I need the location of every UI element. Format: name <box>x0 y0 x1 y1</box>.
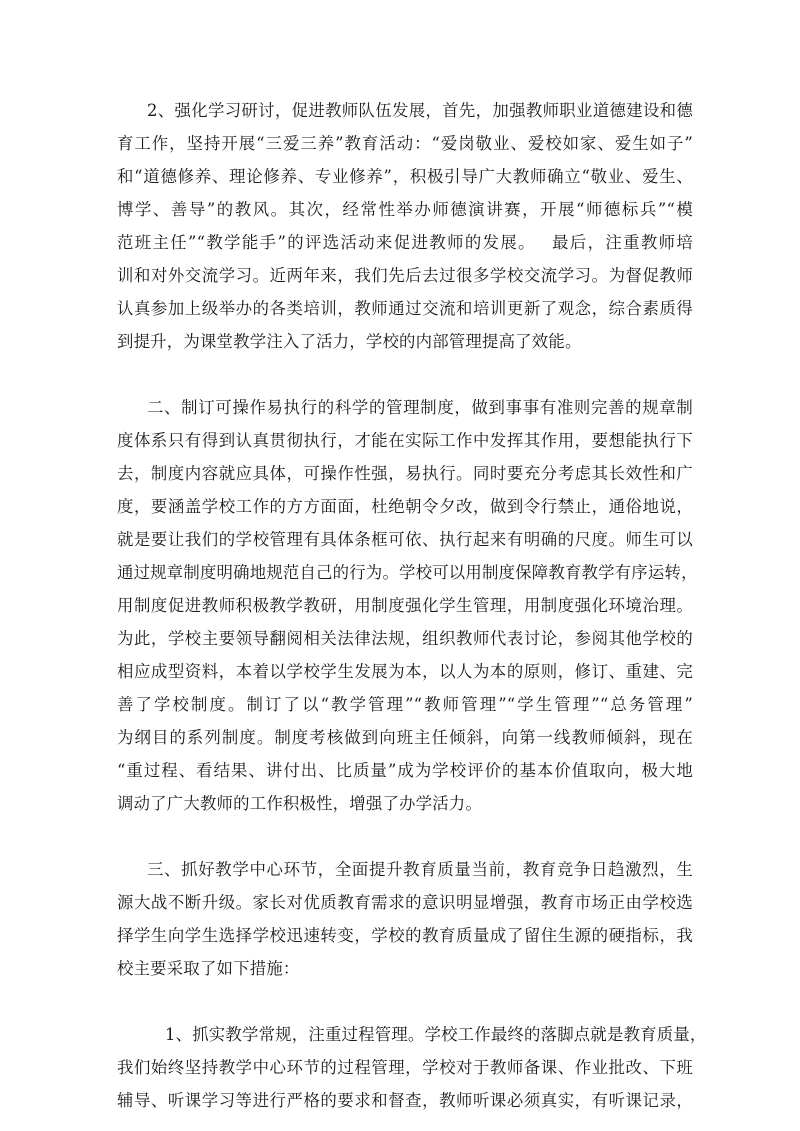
text-line: 度体系只有得到认真贯彻执行，才能在实际工作中发挥其作用，要想能执行下 <box>117 424 693 457</box>
text-line: 为此，学校主要领导翻阅相关法律法规，组织教师代表讨论，参阅其他学校的 <box>117 622 693 655</box>
text-line: 去，制度内容就应具体，可操作性强，易执行。同时要充分考虑其长效性和广 <box>117 457 693 490</box>
text-line: 校主要采取了如下措施： <box>117 952 693 985</box>
text-line: 和“道德修养、理论修养、专业修养”，积极引导广大教师确立“敬业、爱生、 <box>117 160 693 193</box>
paragraph-teaching-quality: 三、抓好教学中心环节，全面提升教育质量当前，教育竞争日趋激烈，生 源大战不断升级… <box>117 853 693 985</box>
paragraph-teacher-development: 2、强化学习研讨，促进教师队伍发展，首先，加强教师职业道德建设和德 育工作，坚持… <box>117 94 693 358</box>
text-line: 二、制订可操作易执行的科学的管理制度，做到事事有准则完善的规章制 <box>117 391 693 424</box>
text-line: “重过程、看结果、讲付出、比质量”成为学校评价的基本价值取向，极大地 <box>117 754 693 787</box>
paragraph-teaching-routine: 1、抓实教学常规，注重过程管理。学校工作最终的落脚点就是教育质量， 我们始终坚持… <box>117 1018 693 1117</box>
text-line: 善了学校制度。制订了以“教学管理”“教师管理”“学生管理”“总务管理” <box>117 688 693 721</box>
paragraph-gap <box>117 820 693 853</box>
paragraph-management-system: 二、制订可操作易执行的科学的管理制度，做到事事有准则完善的规章制 度体系只有得到… <box>117 391 693 820</box>
document-page: 2、强化学习研讨，促进教师队伍发展，首先，加强教师职业道德建设和德 育工作，坚持… <box>117 94 693 1117</box>
paragraph-gap <box>117 985 693 1018</box>
text-line: 1、抓实教学常规，注重过程管理。学校工作最终的落脚点就是教育质量， <box>117 1018 693 1051</box>
text-line: 我们始终坚持教学中心环节的过程管理，学校对于教师备课、作业批改、下班 <box>117 1051 693 1084</box>
text-line: 2、强化学习研讨，促进教师队伍发展，首先，加强教师职业道德建设和德 <box>117 94 693 127</box>
text-line: 用制度促进教师积极教学教研，用制度强化学生管理，用制度强化环境治理。 <box>117 589 693 622</box>
text-line: 认真参加上级举办的各类培训，教师通过交流和培训更新了观念，综合素质得 <box>117 292 693 325</box>
text-line: 为纲目的系列制度。制度考核做到向班主任倾斜，向第一线教师倾斜，现在 <box>117 721 693 754</box>
text-line: 择学生向学生选择学校迅速转变，学校的教育质量成了留住生源的硬指标，我 <box>117 919 693 952</box>
text-line: 博学、善导”的教风。其次，经常性举办师德演讲赛，开展“师德标兵”“模 <box>117 193 693 226</box>
text-line: 育工作，坚持开展“三爱三养”教育活动：“爱岗敬业、爱校如家、爱生如子” <box>117 127 693 160</box>
text-line: 通过规章制度明确地规范自己的行为。学校可以用制度保障教育教学有序运转， <box>117 556 693 589</box>
text-line: 范班主任”“教学能手”的评选活动来促进教师的发展。 最后，注重教师培 <box>117 226 693 259</box>
text-line: 三、抓好教学中心环节，全面提升教育质量当前，教育竞争日趋激烈，生 <box>117 853 693 886</box>
text-line: 辅导、听课学习等进行严格的要求和督查，教师听课必须真实，有听课记录， <box>117 1084 693 1117</box>
text-line: 就是要让我们的学校管理有具体条框可依、执行起来有明确的尺度。师生可以 <box>117 523 693 556</box>
text-line: 到提升，为课堂教学注入了活力，学校的内部管理提高了效能。 <box>117 325 693 358</box>
paragraph-gap <box>117 358 693 391</box>
text-line: 相应成型资料，本着以学校学生发展为本，以人为本的原则，修订、重建、完 <box>117 655 693 688</box>
text-line: 度，要涵盖学校工作的方方面面，杜绝朝令夕改，做到令行禁止，通俗地说， <box>117 490 693 523</box>
text-line: 源大战不断升级。家长对优质教育需求的意识明显增强，教育市场正由学校选 <box>117 886 693 919</box>
text-line: 调动了广大教师的工作积极性，增强了办学活力。 <box>117 787 693 820</box>
text-line: 训和对外交流学习。近两年来，我们先后去过很多学校交流学习。为督促教师 <box>117 259 693 292</box>
